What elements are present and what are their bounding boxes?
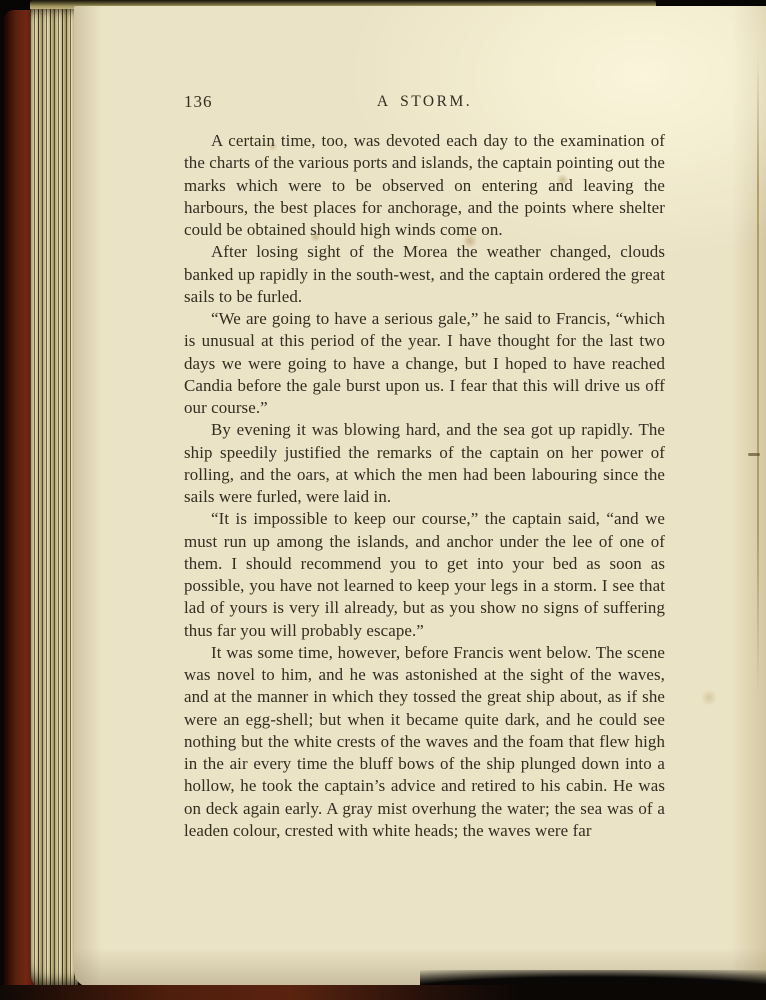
paragraph: By evening it was blowing hard, and the … xyxy=(184,419,665,508)
body-text: A certain time, too, was devoted each da… xyxy=(184,130,665,842)
page-crease-mark xyxy=(748,453,760,456)
foxing-spot xyxy=(700,690,718,705)
paragraph: A certain time, too, was devoted each da… xyxy=(184,130,665,241)
page-crease xyxy=(757,55,759,695)
paragraph: It was some time, however, before Franci… xyxy=(184,642,665,842)
chapter-running-title: A STORM. xyxy=(184,93,665,111)
paragraph: “It is impossible to keep our course,” t… xyxy=(184,508,665,642)
paragraph: “We are going to have a serious gale,” h… xyxy=(184,308,665,419)
scanned-book-photo: 136 A STORM. A certain time, too, was de… xyxy=(0,0,766,1000)
running-header: 136 A STORM. xyxy=(184,92,665,113)
paragraph: After losing sight of the Morea the weat… xyxy=(184,241,665,308)
bottom-cover-edge xyxy=(0,985,766,1000)
page-text-column: 136 A STORM. A certain time, too, was de… xyxy=(184,92,665,842)
stacked-page-edges xyxy=(30,4,78,990)
